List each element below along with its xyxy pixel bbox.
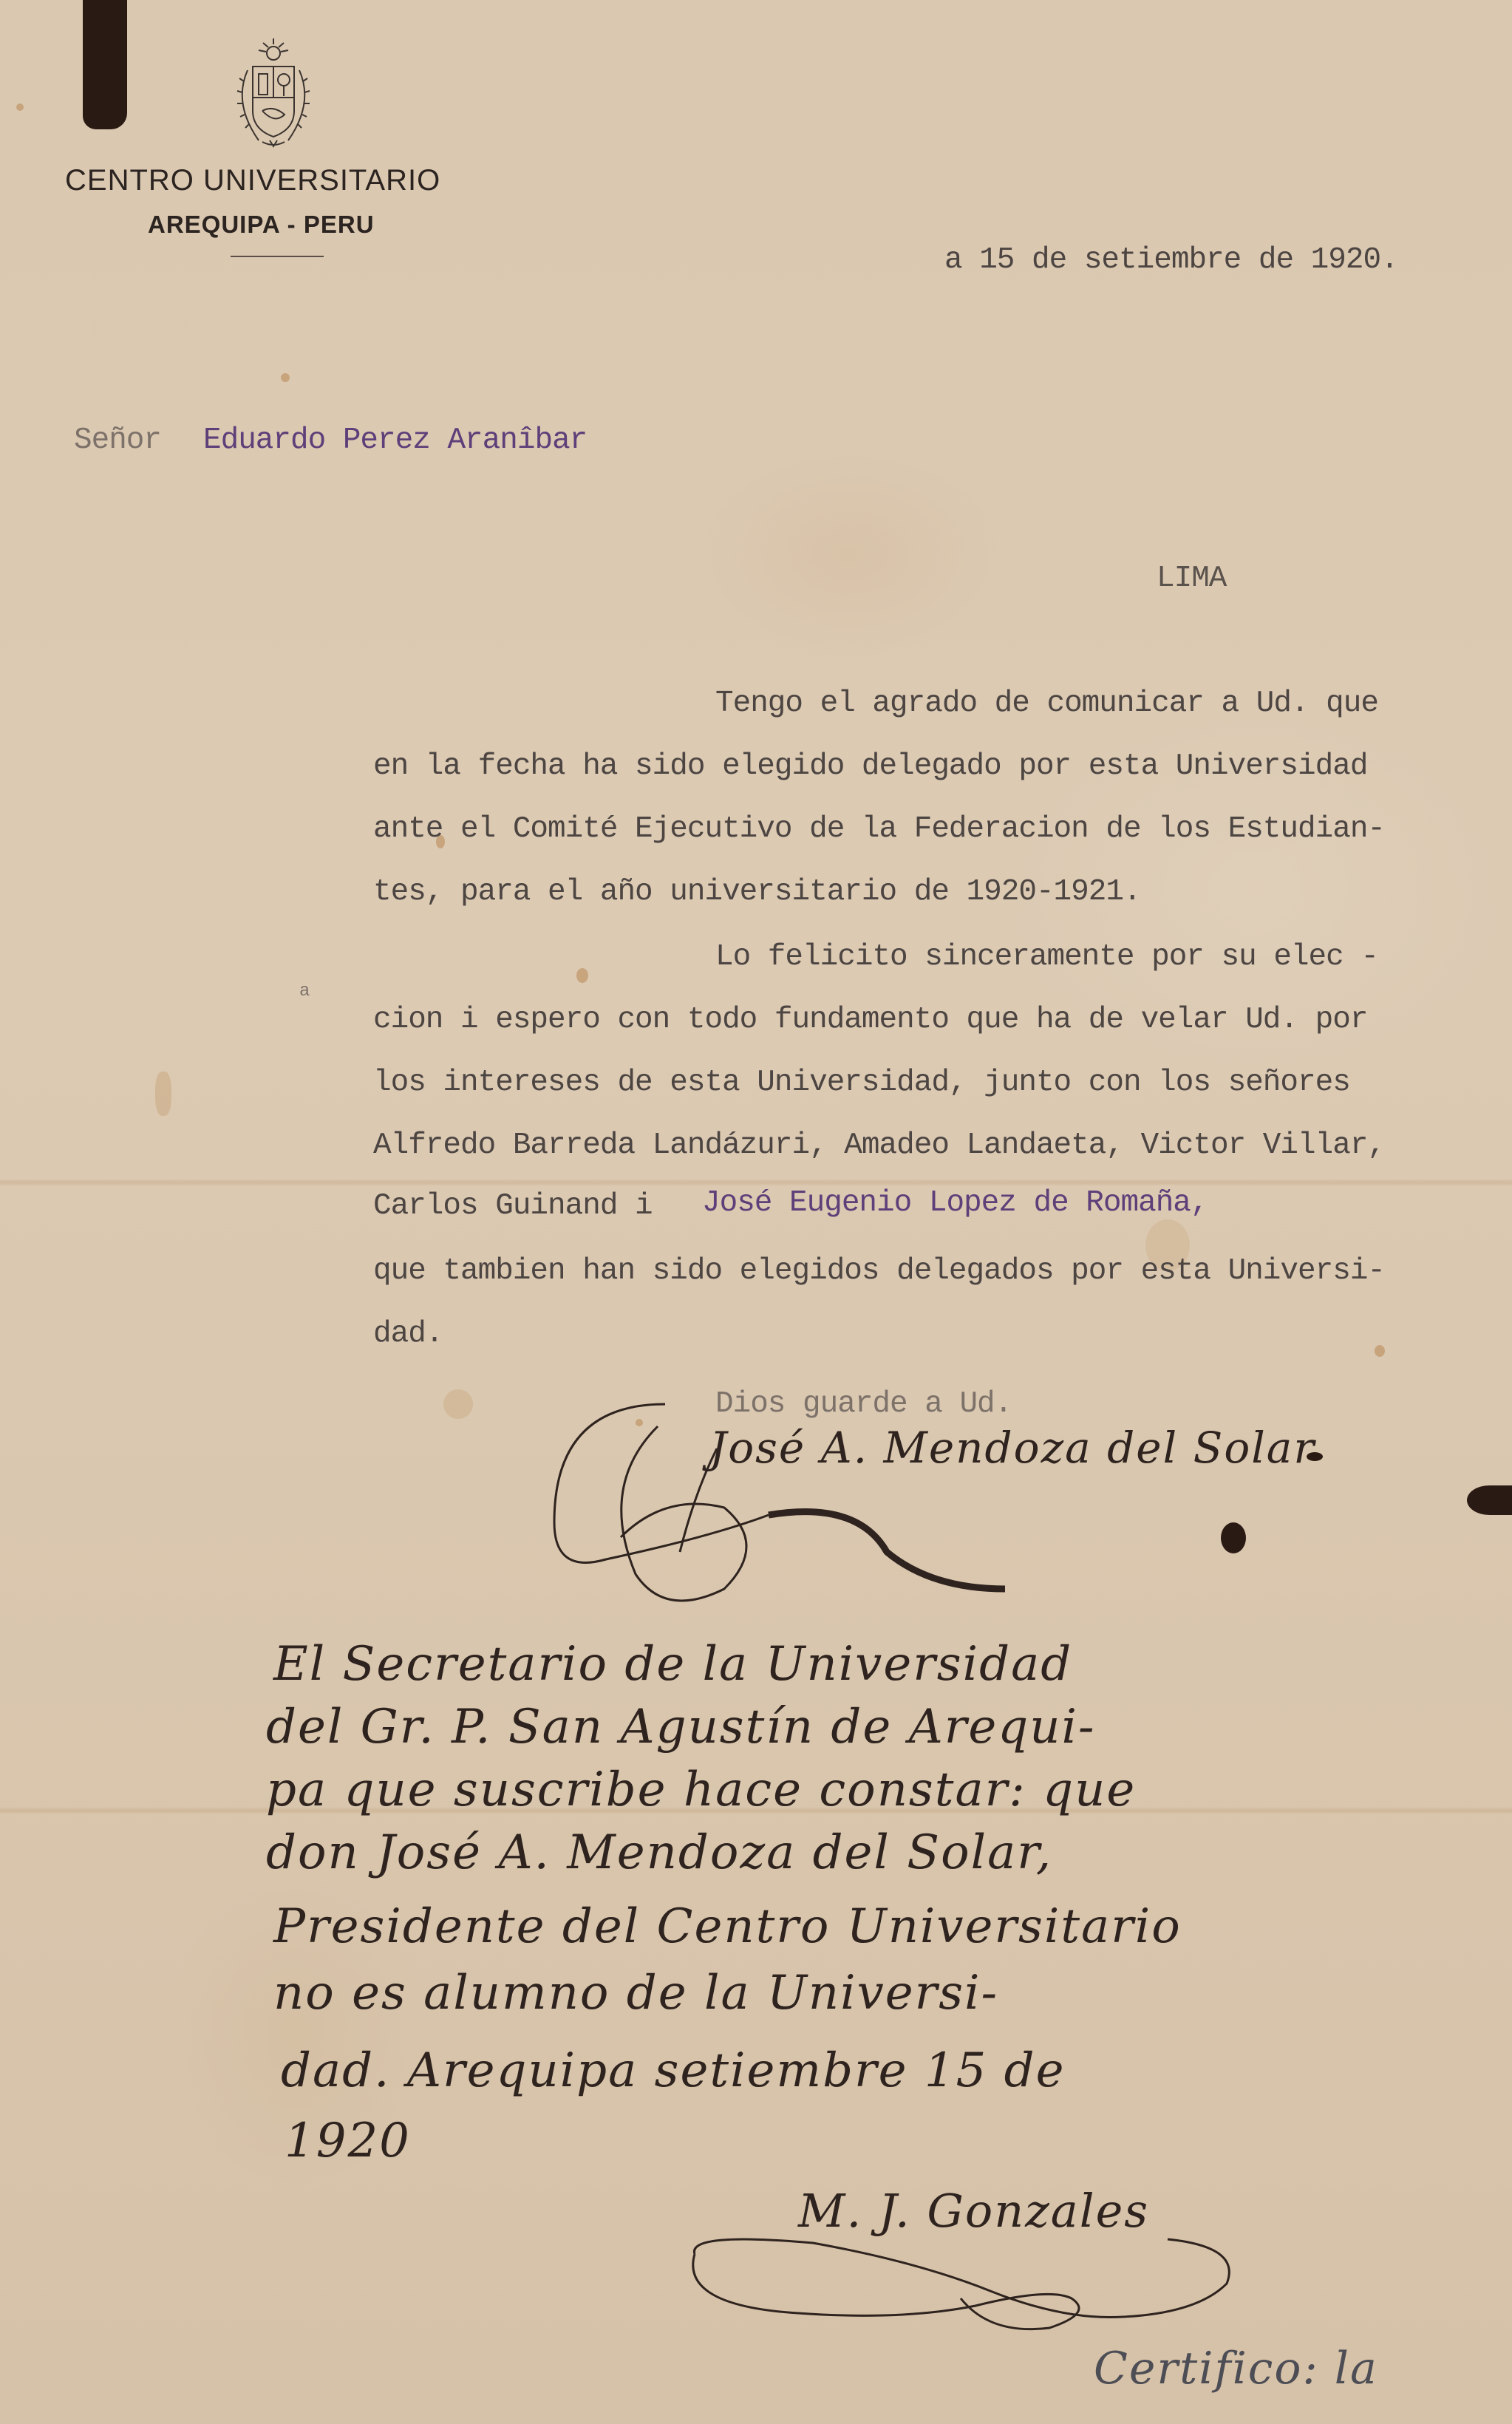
delegate-name: José Eugenio Lopez de Romaña,	[702, 1188, 1208, 1219]
body-line: que tambien han sido elegidos delegados …	[373, 1256, 1385, 1287]
body-line-prefix: Carlos Guinand i	[373, 1191, 670, 1222]
signature-mendoza: José A. Mendoza del Solar	[709, 1423, 1315, 1473]
ink-burn-mark	[83, 0, 127, 129]
water-stain	[443, 1389, 473, 1419]
foxing-spot	[16, 103, 24, 111]
handwritten-line: 1920	[285, 2114, 411, 2168]
date-line: a 15 de setiembre de 1920.	[944, 245, 1398, 276]
signature-flourish-icon	[547, 1375, 1286, 1633]
handwritten-line: no es alumno de la Universi-	[273, 1966, 998, 2020]
body-line: tes, para el año universitario de 1920-1…	[373, 877, 1141, 908]
salutation: Señor	[74, 426, 161, 456]
body-line: Alfredo Barreda Landázuri, Amadeo Landae…	[373, 1131, 1385, 1161]
handwritten-line: del Gr. P. San Agustín de Arequi-	[266, 1700, 1096, 1754]
handwritten-line: don José A. Mendoza del Solar,	[266, 1825, 1052, 1880]
handwritten-line: dad. Arequipa setiembre 15 de	[281, 2043, 1065, 2098]
body-line: Tengo el agrado de comunicar a Ud. que	[715, 689, 1378, 719]
foxing-spot	[576, 968, 588, 983]
letterhead-organization: CENTRO UNIVERSITARIO	[65, 164, 440, 197]
body-line: Lo felicito sinceramente por su elec -	[715, 942, 1378, 973]
coat-of-arms-icon	[214, 37, 333, 155]
handwritten-line: Presidente del Centro Universitario	[273, 1899, 1182, 1954]
foxing-spot	[281, 373, 290, 382]
addressee-city: LIMA	[1157, 564, 1226, 594]
handwritten-line: El Secretario de la Universidad	[273, 1637, 1072, 1692]
body-line: ante el Comité Ejecutivo de la Federacio…	[373, 814, 1385, 845]
body-line: dad.	[373, 1319, 443, 1349]
body-line: cion i espero con todo fundamento que ha…	[373, 1005, 1367, 1035]
handwritten-line: pa que suscribe hace constar: que	[266, 1763, 1136, 1817]
paper-fold	[0, 1179, 1512, 1186]
pencil-note: Certifico: la	[1094, 2343, 1378, 2394]
letterhead-location: AREQUIPA - PERU	[148, 211, 375, 239]
letterhead-divider	[231, 256, 324, 257]
ink-blot	[1467, 1485, 1512, 1515]
signature-gonzales: M. J. Gonzales	[798, 2184, 1149, 2238]
addressee-name: Eduardo Perez Aranîbar	[203, 426, 587, 456]
water-stain	[155, 1072, 171, 1116]
body-line: en la fecha ha sido elegido delegado por…	[373, 752, 1367, 782]
foxing-spot	[1375, 1345, 1385, 1357]
body-line: los intereses de esta Universidad, junto…	[373, 1068, 1350, 1098]
margin-mark: a	[299, 983, 309, 1001]
